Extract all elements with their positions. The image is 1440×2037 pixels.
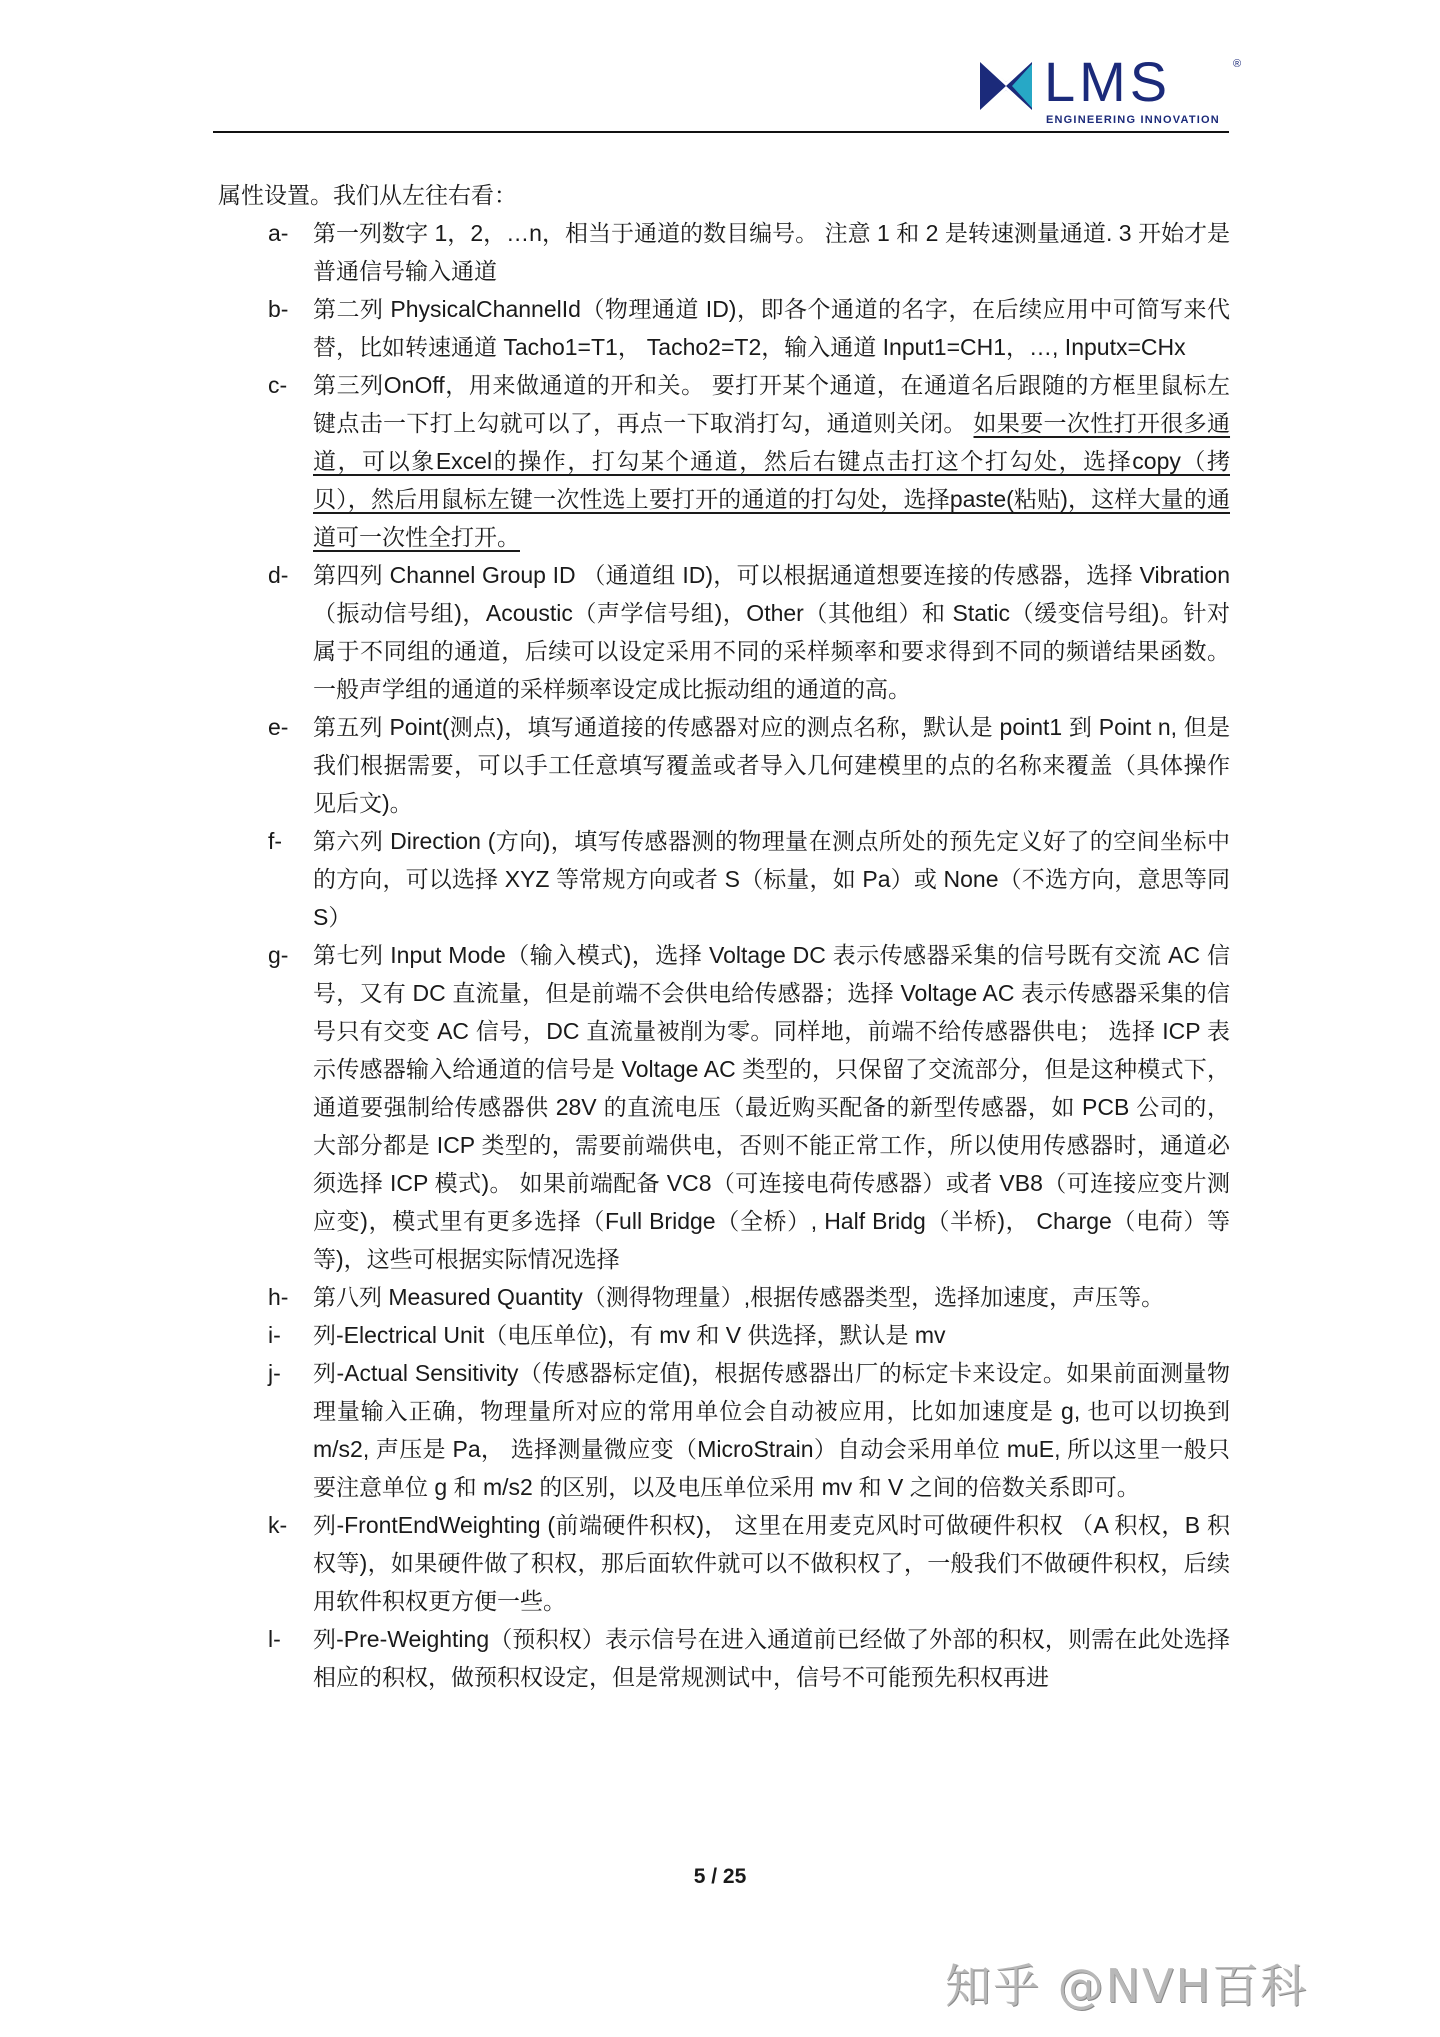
list-item-text: 列-Electrical Unit（电压单位)，有 mv 和 V 供选择，默认是…: [313, 1322, 946, 1348]
list-item-text: 第二列 PhysicalChannelId（物理通道 ID)，即各个通道的名字，…: [313, 296, 1230, 360]
list-item-c: c- 第三列OnOff，用来做通道的开和关。 要打开某个通道，在通道名后跟随的方…: [218, 366, 1230, 556]
document-body: 属性设置。我们从左往右看： a- 第一列数字 1，2，…n，相当于通道的数目编号…: [218, 176, 1230, 1696]
header-rule: [213, 131, 1229, 133]
list-marker: j-: [268, 1354, 281, 1392]
list-item-text: 第六列 Direction (方向)，填写传感器测的物理量在测点所处的预先定义好…: [313, 828, 1230, 930]
lms-logo: LMS ® ENGINEERING INNOVATION: [980, 56, 1245, 128]
list-marker: c-: [268, 366, 287, 404]
intro-paragraph: 属性设置。我们从左往右看：: [218, 176, 1230, 214]
list-marker: k-: [268, 1506, 287, 1544]
list-item-b: b- 第二列 PhysicalChannelId（物理通道 ID)，即各个通道的…: [218, 290, 1230, 366]
zhihu-watermark: 知乎 @NVH百科: [945, 1950, 1308, 2016]
list-item-e: e- 第五列 Point(测点)，填写通道接的传感器对应的测点名称，默认是 po…: [218, 708, 1230, 822]
list-item-text: 第七列 Input Mode（输入模式)，选择 Voltage DC 表示传感器…: [313, 942, 1230, 1272]
list-item-i: i- 列-Electrical Unit（电压单位)，有 mv 和 V 供选择，…: [218, 1316, 1230, 1354]
list-marker: b-: [268, 290, 288, 328]
list-item-d: d- 第四列 Channel Group ID （通道组 ID)，可以根据通道想…: [218, 556, 1230, 708]
page-number: 5 / 25: [0, 1865, 1440, 1889]
list-marker: f-: [268, 822, 282, 860]
list-item-text: 列-Pre-Weighting（预积权）表示信号在进入通道前已经做了外部的积权，…: [313, 1626, 1230, 1690]
list-item-text: 第四列 Channel Group ID （通道组 ID)，可以根据通道想要连接…: [313, 562, 1230, 702]
list-item-j: j- 列-Actual Sensitivity（传感器标定值)，根据传感器出厂的…: [218, 1354, 1230, 1506]
list-marker: d-: [268, 556, 288, 594]
list-item-f: f- 第六列 Direction (方向)，填写传感器测的物理量在测点所处的预先…: [218, 822, 1230, 936]
lms-wordmark: LMS: [1044, 50, 1171, 114]
list-item-a: a- 第一列数字 1，2，…n，相当于通道的数目编号。 注意 1 和 2 是转速…: [218, 214, 1230, 290]
list-item-text: 第一列数字 1，2，…n，相当于通道的数目编号。 注意 1 和 2 是转速测量通…: [313, 220, 1230, 284]
list-item-h: h- 第八列 Measured Quantity（测得物理量）,根据传感器类型，…: [218, 1278, 1230, 1316]
list-item-l: l- 列-Pre-Weighting（预积权）表示信号在进入通道前已经做了外部的…: [218, 1620, 1230, 1696]
list-marker: l-: [268, 1620, 281, 1658]
lms-tagline: ENGINEERING INNOVATION: [1046, 114, 1220, 126]
list-marker: a-: [268, 214, 288, 252]
list-item-text: 列-Actual Sensitivity（传感器标定值)，根据传感器出厂的标定卡…: [313, 1360, 1230, 1500]
list-marker: e-: [268, 708, 288, 746]
column-description-list: a- 第一列数字 1，2，…n，相当于通道的数目编号。 注意 1 和 2 是转速…: [218, 214, 1230, 1696]
list-marker: h-: [268, 1278, 288, 1316]
registered-mark: ®: [1233, 58, 1241, 70]
list-item-text: 第五列 Point(测点)，填写通道接的传感器对应的测点名称，默认是 point…: [313, 714, 1230, 816]
list-item-g: g- 第七列 Input Mode（输入模式)，选择 Voltage DC 表示…: [218, 936, 1230, 1278]
list-item-k: k- 列-FrontEndWeighting (前端硬件积权)， 这里在用麦克风…: [218, 1506, 1230, 1620]
list-marker: i-: [268, 1316, 281, 1354]
list-marker: g-: [268, 936, 288, 974]
lms-logo-mark-icon: [980, 60, 1032, 112]
list-item-text: 列-FrontEndWeighting (前端硬件积权)， 这里在用麦克风时可做…: [313, 1512, 1230, 1614]
list-item-text: 第八列 Measured Quantity（测得物理量）,根据传感器类型，选择加…: [313, 1284, 1164, 1310]
